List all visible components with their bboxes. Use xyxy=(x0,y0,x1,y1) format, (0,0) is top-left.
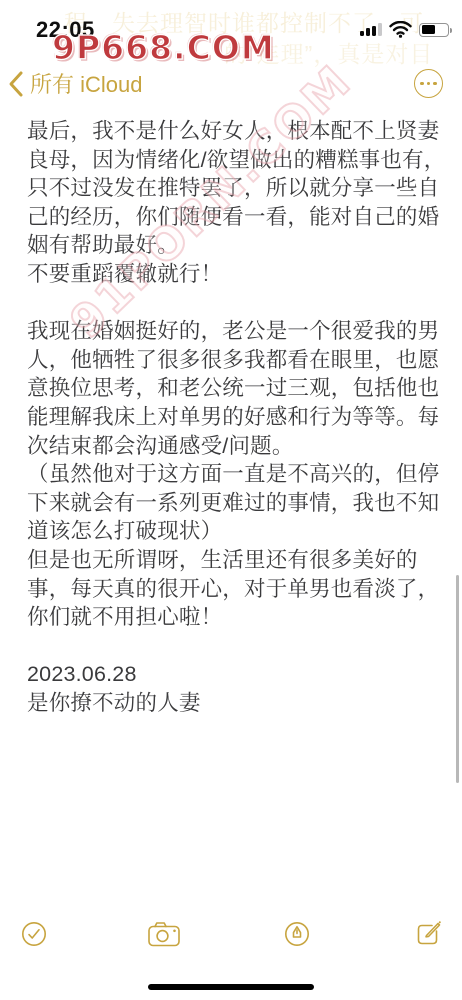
note-line: 最后，我不是什么好女人，根本配不上贤妻 xyxy=(27,117,439,146)
note-line: 我现在婚姻挺好的，老公是一个很爱我的男 xyxy=(27,317,439,346)
note-line: 你们就不用担心啦！ xyxy=(27,603,439,632)
compose-button[interactable] xyxy=(407,913,449,955)
markup-button[interactable] xyxy=(276,913,318,955)
more-options-button[interactable] xyxy=(414,69,443,98)
note-line: 良母，因为情绪化/欲望做出的糟糕事也有， xyxy=(27,146,439,175)
home-indicator[interactable] xyxy=(148,984,314,990)
note-line: 人，他牺牲了很多很多我都看在眼里，也愿 xyxy=(27,346,439,375)
note-line: 不要重蹈覆辙就行！ xyxy=(27,260,439,289)
note-line: 事，每天真的很开心，对于单男也看淡了， xyxy=(27,575,439,604)
camera-icon xyxy=(147,920,183,948)
status-icons xyxy=(360,21,449,38)
note-line: 下来就会有一系列更难过的事情，我也不知 xyxy=(27,489,439,518)
scrollbar[interactable] xyxy=(456,575,459,783)
note-line: 次结束都会沟通感受/问题。 xyxy=(27,432,439,461)
ellipsis-icon xyxy=(420,82,423,85)
note-line: 只不过没发在推特罢了，所以就分享一些自 xyxy=(27,174,439,203)
note-line xyxy=(27,289,439,318)
note-line xyxy=(27,632,439,661)
compose-icon xyxy=(412,918,444,950)
cellular-signal-icon xyxy=(360,23,382,36)
note-line: 姻有帮助最好。 xyxy=(27,231,439,260)
note-line: 是你撩不动的人妻 xyxy=(27,689,439,718)
note-line: 能理解我床上对单男的好感和行为等等。每 xyxy=(27,403,439,432)
note-body[interactable]: 最后，我不是什么好女人，根本配不上贤妻良母，因为情绪化/欲望做出的糟糕事也有，只… xyxy=(27,117,439,717)
battery-icon xyxy=(419,23,449,37)
note-line: 2023.06.28 xyxy=(27,660,439,689)
note-line: 道该怎么打破现状） xyxy=(27,517,439,546)
ghost-text-line-2: 的“连理”，真是对目 xyxy=(224,36,433,69)
camera-button[interactable] xyxy=(144,913,186,955)
note-line: 意换位思考，和老公统一过三观，包括他也 xyxy=(27,374,439,403)
note-line: 己的经历，你们随便看一看，能对自己的婚 xyxy=(27,203,439,232)
check-circle-icon xyxy=(19,919,49,949)
back-button[interactable]: 所有 iCloud xyxy=(8,68,142,99)
note-line: （虽然他对于这方面一直是不高兴的，但停 xyxy=(27,460,439,489)
wifi-icon xyxy=(389,21,412,38)
checklist-button[interactable] xyxy=(13,913,55,955)
chevron-left-icon xyxy=(8,70,24,98)
bottom-toolbar xyxy=(0,906,462,962)
notes-app-screen: 程，失去理智时谁都控制不了，可 的“连理”，真是对目 22:05 9P668.C… xyxy=(0,0,462,1000)
markup-pen-icon xyxy=(282,919,312,949)
note-line: 但是也无所谓呀，生活里还有很多美好的 xyxy=(27,546,439,575)
back-button-label: 所有 iCloud xyxy=(30,68,142,99)
status-time: 22:05 xyxy=(36,17,95,43)
